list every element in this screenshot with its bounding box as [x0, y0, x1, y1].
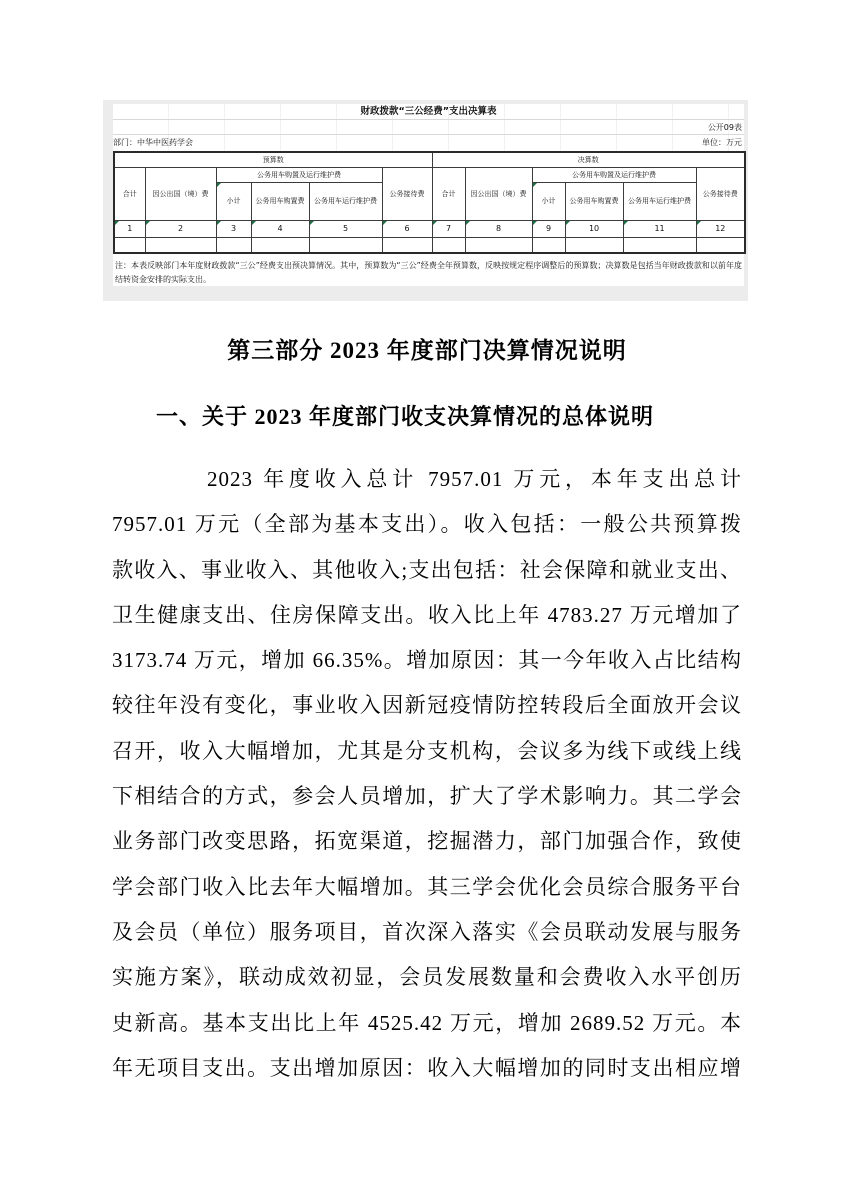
paragraph-line: 卫生健康支出、住房保障支出。收入比上年 4783.27 万元增加了 — [112, 593, 742, 638]
excel-marker-icon — [697, 221, 701, 225]
header-budget: 预算数 — [114, 152, 432, 167]
paragraph-line: 7957.01 万元（全部为基本支出）。收入包括：一般公共预算拨 — [112, 502, 742, 547]
excel-marker-icon — [433, 221, 437, 225]
header-subtotal: 小计 — [532, 182, 565, 220]
excel-marker-icon — [217, 183, 221, 187]
column-number-cell: 6 — [382, 220, 432, 237]
excel-marker-icon — [624, 221, 628, 225]
column-number-cell: 4 — [251, 220, 309, 237]
header-total: 合计 — [114, 167, 145, 220]
paragraph-line: 召开，收入大幅增加，尤其是分支机构，会议多为线下或线上线 — [112, 729, 742, 774]
header-abroad: 因公出国（境）费 — [465, 167, 532, 220]
empty-data-cell — [696, 237, 745, 253]
document-page: 财政拨款“三公经费”支出决算表 公开09表 部门：中华中医药学会 单位：万元 预… — [0, 0, 849, 1200]
part-title: 第三部分 2023 年度部门决算情况说明 — [112, 334, 742, 368]
column-number-cell: 7 — [432, 220, 465, 237]
header-vehicle-group: 公务用车购置及运行维护费 — [532, 167, 696, 182]
table-title: 财政拨款“三公经费”支出决算表 — [113, 104, 744, 120]
paragraph-line: 年无项目支出。支出增加原因：收入大幅增加的同时支出相应增 — [112, 1046, 742, 1091]
paragraph-line: 2023 年度收入总计 7957.01 万元，本年支出总计 — [112, 457, 742, 502]
empty-data-cell — [145, 237, 216, 253]
empty-data-cell — [309, 237, 382, 253]
paragraph-line: 及会员（单位）服务项目，首次深入落实《会员联动发展与服务 — [112, 910, 742, 955]
column-number-cell: 9 — [532, 220, 565, 237]
header-maintenance: 公务用车运行维护费 — [623, 182, 696, 220]
header-vehicle-group: 公务用车购置及运行维护费 — [216, 167, 382, 182]
excel-marker-icon — [252, 221, 256, 225]
paragraph-line: 下相结合的方式，参会人员增加，扩大了学术影响力。其二学会 — [112, 774, 742, 819]
paragraph-line: 史新高。基本支出比上年 4525.42 万元，增加 2689.52 万元。本 — [112, 1001, 742, 1046]
table-department-label: 部门：中华中医药学会 — [113, 135, 193, 151]
excel-marker-icon — [533, 183, 537, 187]
excel-marker-icon — [310, 221, 314, 225]
paragraph-line: 较往年没有变化，事业收入因新冠疫情防控转段后全面放开会议 — [112, 683, 742, 728]
excel-marker-icon — [466, 221, 470, 225]
paragraph-line: 3173.74 万元，增加 66.35%。增加原因：其一今年收入占比结构 — [112, 638, 742, 683]
header-abroad: 因公出国（境）费 — [145, 167, 216, 220]
excel-marker-icon — [217, 221, 221, 225]
header-reception: 公务接待费 — [696, 167, 745, 220]
header-reception: 公务接待费 — [382, 167, 432, 220]
paragraph-line: 业务部门改变思路，拓宽渠道，挖掘潜力，部门加强合作，致使 — [112, 819, 742, 864]
empty-data-cell — [432, 237, 465, 253]
column-number-cell: 5 — [309, 220, 382, 237]
column-number-cell: 8 — [465, 220, 532, 237]
empty-data-cell — [382, 237, 432, 253]
empty-data-cell — [623, 237, 696, 253]
header-final: 决算数 — [432, 152, 745, 167]
column-number-cell: 10 — [565, 220, 623, 237]
column-number-cell: 12 — [696, 220, 745, 237]
paragraph-line: 学会部门收入比去年大幅增加。其三学会优化会员综合服务平台 — [112, 865, 742, 910]
empty-data-cell — [114, 237, 145, 253]
overview-paragraph: 2023 年度收入总计 7957.01 万元，本年支出总计 7957.01 万元… — [112, 457, 742, 1091]
excel-marker-icon — [115, 221, 119, 225]
three-public-funds-table-block: 财政拨款“三公经费”支出决算表 公开09表 部门：中华中医药学会 单位：万元 预… — [103, 100, 748, 301]
empty-data-cell — [216, 237, 251, 253]
column-number-cell: 11 — [623, 220, 696, 237]
header-subtotal: 小计 — [216, 182, 251, 220]
empty-data-cell — [465, 237, 532, 253]
header-maintenance: 公务用车运行维护费 — [309, 182, 382, 220]
table-sheet-number: 公开09表 — [113, 120, 744, 135]
empty-data-cell — [532, 237, 565, 253]
paragraph-line: 实施方案》，联动成效初显，会员发展数量和会费收入水平创历 — [112, 955, 742, 1000]
column-number-cell: 1 — [114, 220, 145, 237]
empty-data-cell — [565, 237, 623, 253]
excel-marker-icon — [146, 221, 150, 225]
section-title: 一、关于 2023 年度部门收支决算情况的总体说明 — [156, 401, 742, 433]
column-number-cell: 2 — [145, 220, 216, 237]
header-total: 合计 — [432, 167, 465, 220]
column-number-cell: 3 — [216, 220, 251, 237]
document-body: 第三部分 2023 年度部门决算情况说明 一、关于 2023 年度部门收支决算情… — [112, 334, 742, 1091]
excel-marker-icon — [383, 221, 387, 225]
header-purchase: 公务用车购置费 — [565, 182, 623, 220]
table-unit-label: 单位：万元 — [702, 135, 742, 151]
excel-marker-icon — [533, 221, 537, 225]
excel-marker-icon — [566, 221, 570, 225]
three-public-funds-table: 预算数 决算数 合计 因公出国（境）费 公务用车购置及运行维护费 公务接待费 合… — [113, 151, 746, 254]
empty-data-cell — [251, 237, 309, 253]
paragraph-line: 款收入、事业收入、其他收入;支出包括：社会保障和就业支出、 — [112, 548, 742, 593]
header-purchase: 公务用车购置费 — [251, 182, 309, 220]
table-note: 注：本表反映部门本年度财政拨款“三公”经费支出预决算情况。其中，预算数为“三公”… — [113, 254, 744, 286]
